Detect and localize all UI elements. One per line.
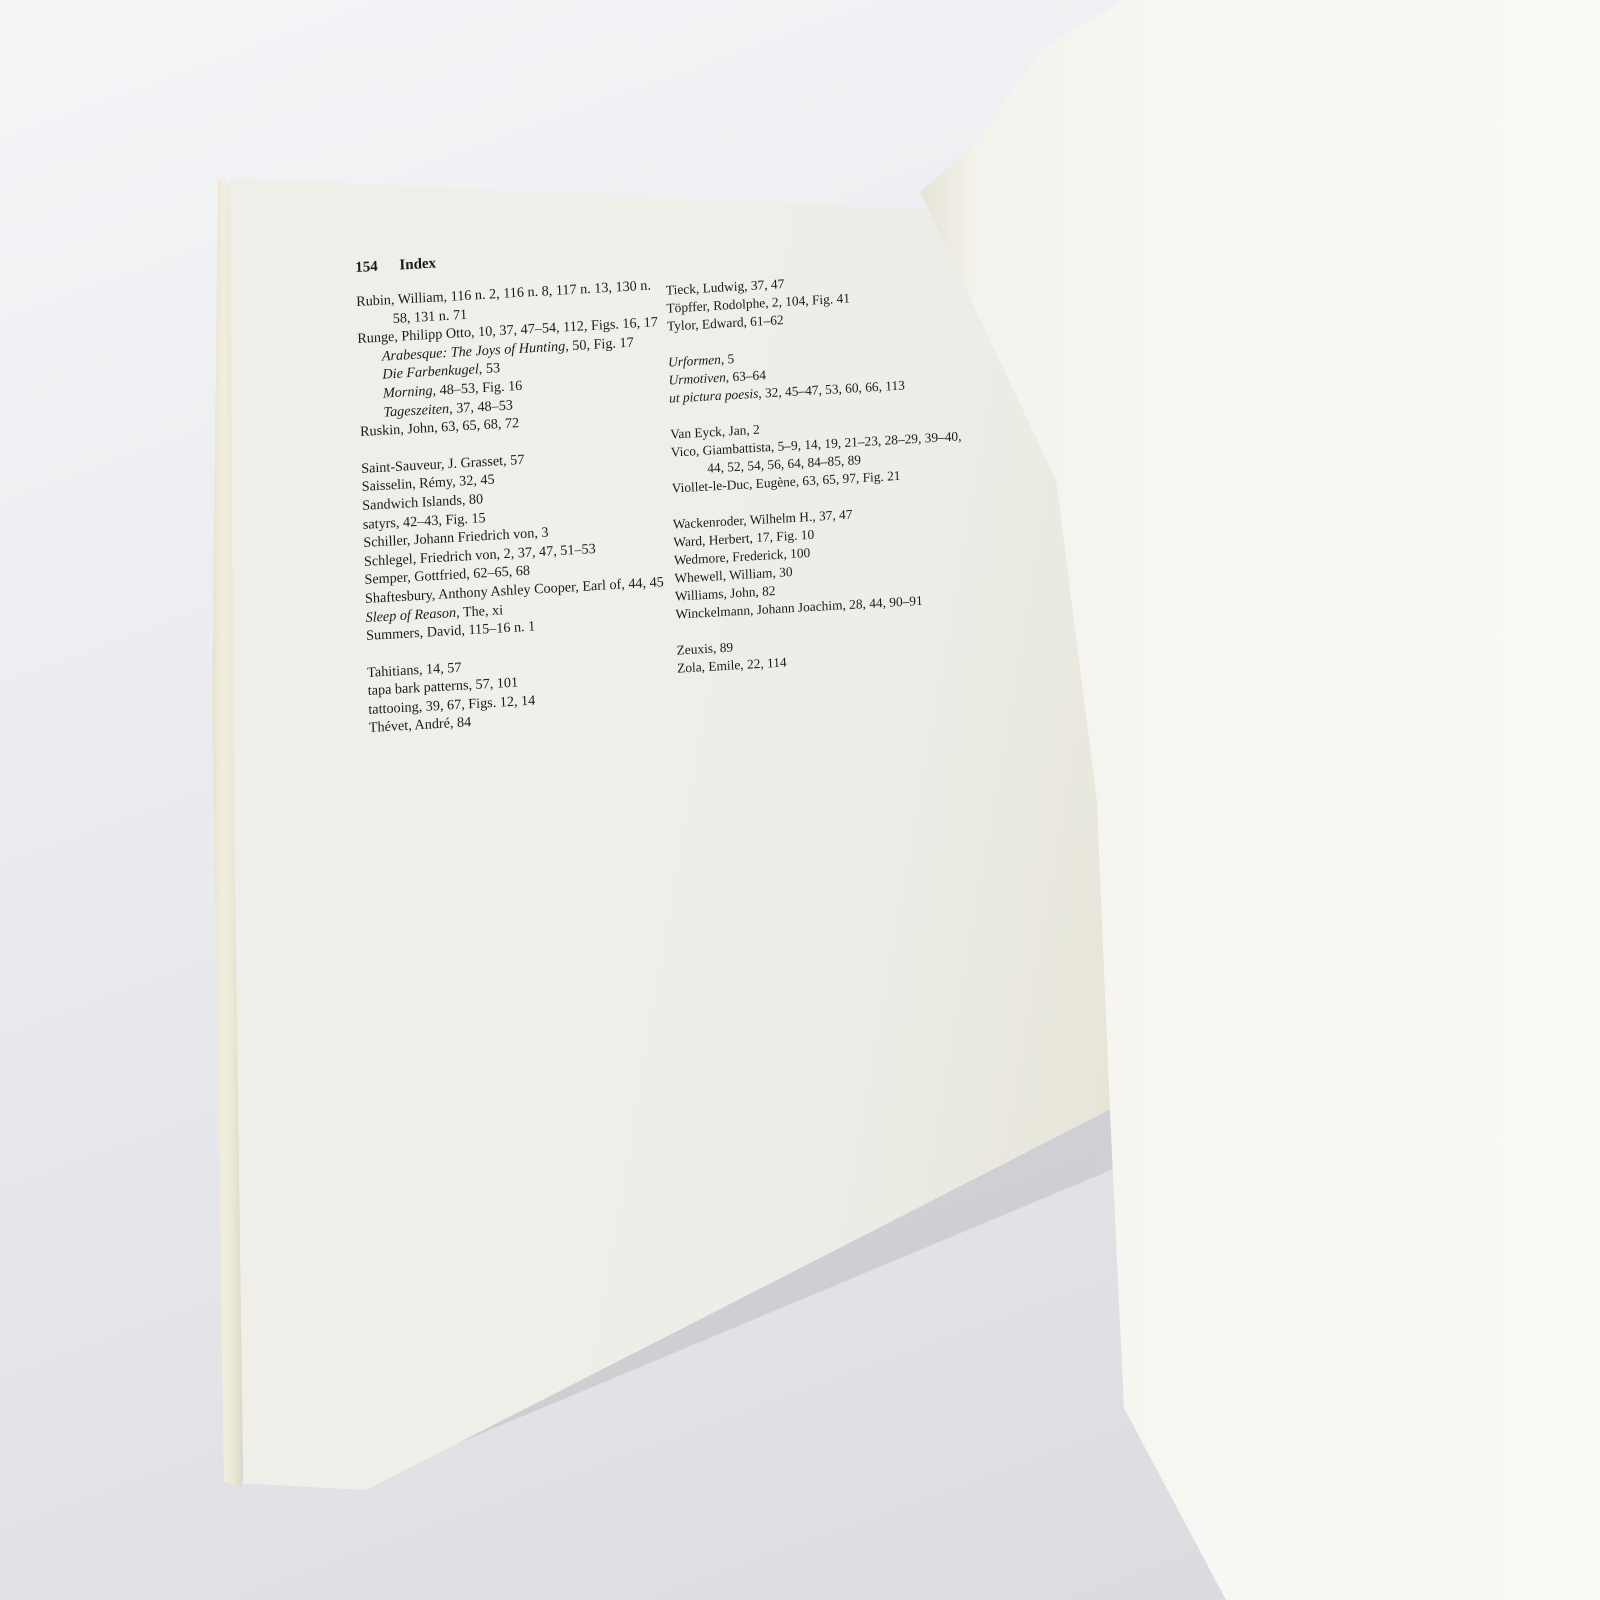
title-italic: Tageszeiten — [383, 401, 449, 421]
index-column-left: Rubin, William, 116 n. 2, 116 n. 8, 117 … — [356, 276, 679, 738]
running-head-title: Index — [399, 255, 436, 273]
page-number: 154 — [355, 259, 378, 276]
index-column-right: Tieck, Ludwig, 37, 47Töpffer, Rodolphe, … — [665, 259, 978, 721]
title-italic: Urmotiven — [668, 369, 726, 387]
index-columns: Rubin, William, 116 n. 2, 116 n. 8, 117 … — [356, 258, 988, 738]
title-italic: Urformen — [668, 352, 721, 370]
index-page-text: 154 Index Rubin, William, 116 n. 2, 116 … — [355, 225, 988, 738]
title-italic: ut pictura poesis — [669, 386, 759, 406]
title-italic: Morning — [383, 383, 433, 402]
photo-scene: 154 Index Rubin, William, 116 n. 2, 116 … — [0, 0, 1600, 1600]
